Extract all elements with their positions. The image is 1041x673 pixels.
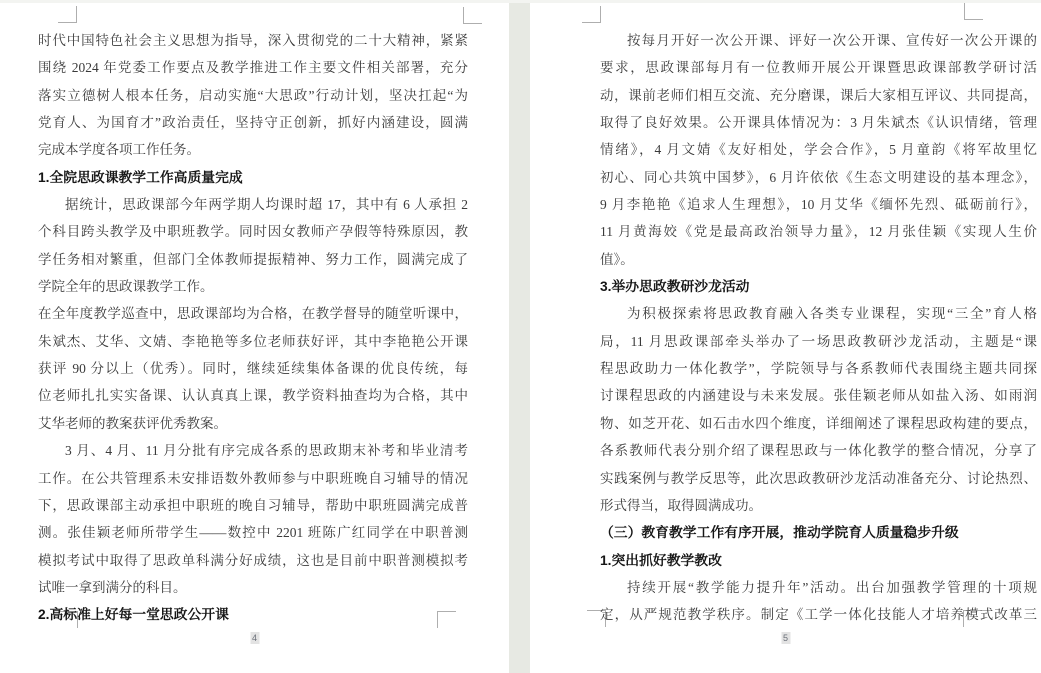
text-line: 围绕 2024 年党委工作要点及教学推进工作主要文件相关部署，充分 [38, 54, 468, 81]
text-line: 实践案例与教学反思等，此次思政教研沙龙活动准备充分、讨论热烈、 [600, 465, 1037, 492]
text-line: 落实立德树人根本任务，启动实施“大思政”行动计划，坚决扛起“为 [38, 82, 468, 109]
crop-mark-top-right [964, 3, 983, 20]
text-line: 3 月、4 月、11 月分批有序完成各系的思政期末补考和毕业清考 [38, 437, 468, 464]
text-line: 据统计，思政课部今年两学期人均课时超 17，其中有 6 人承担 2 [38, 191, 468, 218]
text-line: 程思政助力一体化教学”，学院领导与各系教师代表围绕主题共同探 [600, 355, 1037, 382]
text-line: 各系教师代表分别介绍了课程思政与一体化教学的整合情况，分享了 [600, 437, 1037, 464]
text-line: 讨课程思政的内涵建设与未来发展。张佳颖老师从如盐入汤、如雨润 [600, 382, 1037, 409]
document-workspace: { "app": { "workspace_background": "#e7e… [0, 0, 1041, 673]
text-line: 艾华老师的教案获评优秀教案。 [38, 410, 468, 437]
crop-mark-top-right [463, 7, 482, 24]
text-line: 物、如芝开花、如石击水四个维度，详细阐述了课程思政构建的要点， [600, 410, 1037, 437]
crop-mark-top-left [582, 6, 601, 23]
text-line: 完成本学度各项工作任务。 [38, 136, 468, 163]
heading-line: 1.全院思政课教学工作高质量完成 [38, 164, 468, 191]
text-line: 形式得当，取得圆满成功。 [600, 492, 1037, 519]
text-line: 学任务相对繁重，但部门全体教师提振精神、努力工作，圆满完成了 [38, 246, 468, 273]
text-line: 9 月李艳艳《追求人生理想》，10 月艾华《缅怀先烈、砥砺前行》， [600, 191, 1037, 218]
text-line: 值》。 [600, 246, 1037, 273]
text-line: 下，思政课部主动承担中职班的晚自习辅导，帮助中职班圆满完成普 [38, 492, 468, 519]
page-text-area[interactable]: 按每月开好一次公开课、评好一次公开课、宣传好一次公开课的要求，思政课部每月有一位… [600, 27, 1037, 629]
document-page-right[interactable]: 按每月开好一次公开课、评好一次公开课、宣传好一次公开课的要求，思政课部每月有一位… [530, 3, 1041, 673]
page-number-field: 4 [250, 632, 259, 644]
text-line: 试唯一拿到满分的科目。 [38, 574, 468, 601]
text-line: 时代中国特色社会主义思想为指导，深入贯彻党的二十大精神，紧紧 [38, 27, 468, 54]
text-line: 定，从严规范教学秩序。制定《工学一体化技能人才培养模式改革三 [600, 601, 1037, 628]
text-line: 初心、同心共筑中国梦》，6 月许依依《生态文明建设的基本理念》， [600, 164, 1037, 191]
text-line: 个科目跨头教学及中职班教学。同时因女教师产孕假等特殊原因，教 [38, 218, 468, 245]
heading-line: （三）教育教学工作有序开展，推动学院育人质量稳步升级 [600, 519, 1037, 546]
heading-line: 2.高标准上好每一堂思政公开课 [38, 601, 468, 628]
text-line: 位老师扎扎实实备课、认认真真上课，教学资料抽查均为合格，其中 [38, 382, 468, 409]
text-line: 工作。在公共管理系未安排语数外教师参与中职班晚自习辅导的情况 [38, 465, 468, 492]
page-text-area[interactable]: 时代中国特色社会主义思想为指导，深入贯彻党的二十大精神，紧紧围绕 2024 年党… [38, 27, 468, 629]
crop-mark-top-left [58, 6, 77, 23]
text-line: 为积极探索将思政教育融入各类专业课程，实现“三全”育人格 [600, 300, 1037, 327]
text-line: 11 月黄海姣《党是最高政治领导力量》，12 月张佳颖《实现人生价 [600, 218, 1037, 245]
text-line: 模拟考试中取得了思政单科满分好成绩，这也是目前中职普测模拟考 [38, 547, 468, 574]
document-page-left[interactable]: 时代中国特色社会主义思想为指导，深入贯彻党的二十大精神，紧紧围绕 2024 年党… [0, 3, 509, 673]
heading-line: 3.举办思政教研沙龙活动 [600, 273, 1037, 300]
text-line: 局，11 月思政课部牵头举办了一场思政教研沙龙活动，主题是“课 [600, 328, 1037, 355]
text-line: 情绪》，4 月文婧《友好相处，学会合作》，5 月童韵《将军故里忆 [600, 136, 1037, 163]
text-line: 学院全年的思政课教学工作。 [38, 273, 468, 300]
text-line: 要求，思政课部每月有一位教师开展公开课暨思政课部教学研讨活 [600, 54, 1037, 81]
text-line: 测。张佳颖老师所带学生——数控中 2201 班陈广红同学在中职普测 [38, 519, 468, 546]
text-line: 动，课前老师们相互交流、充分磨课，课后大家相互评议、共同提高， [600, 82, 1037, 109]
page-number-field: 5 [781, 632, 790, 644]
heading-line: 1.突出抓好教学教改 [600, 547, 1037, 574]
text-line: 朱斌杰、艾华、文婧、李艳艳等多位老师获好评，其中李艳艳公开课 [38, 328, 468, 355]
text-line: 党育人、为国育才”政治责任，坚持守正创新，抓好内涵建设，圆满 [38, 109, 468, 136]
text-line: 持续开展“教学能力提升年”活动。出台加强教学管理的十项规 [600, 574, 1037, 601]
text-line: 获评 90 分以上（优秀）。同时，继续延续集体备课的优良传统，每 [38, 355, 468, 382]
text-line: 在全年度教学巡查中，思政课部均为合格，在教学督导的随堂听课中， [38, 300, 468, 327]
text-line: 取得了良好效果。公开课具体情况为：3 月朱斌杰《认识情绪，管理 [600, 109, 1037, 136]
text-line: 按每月开好一次公开课、评好一次公开课、宣传好一次公开课的 [600, 27, 1037, 54]
